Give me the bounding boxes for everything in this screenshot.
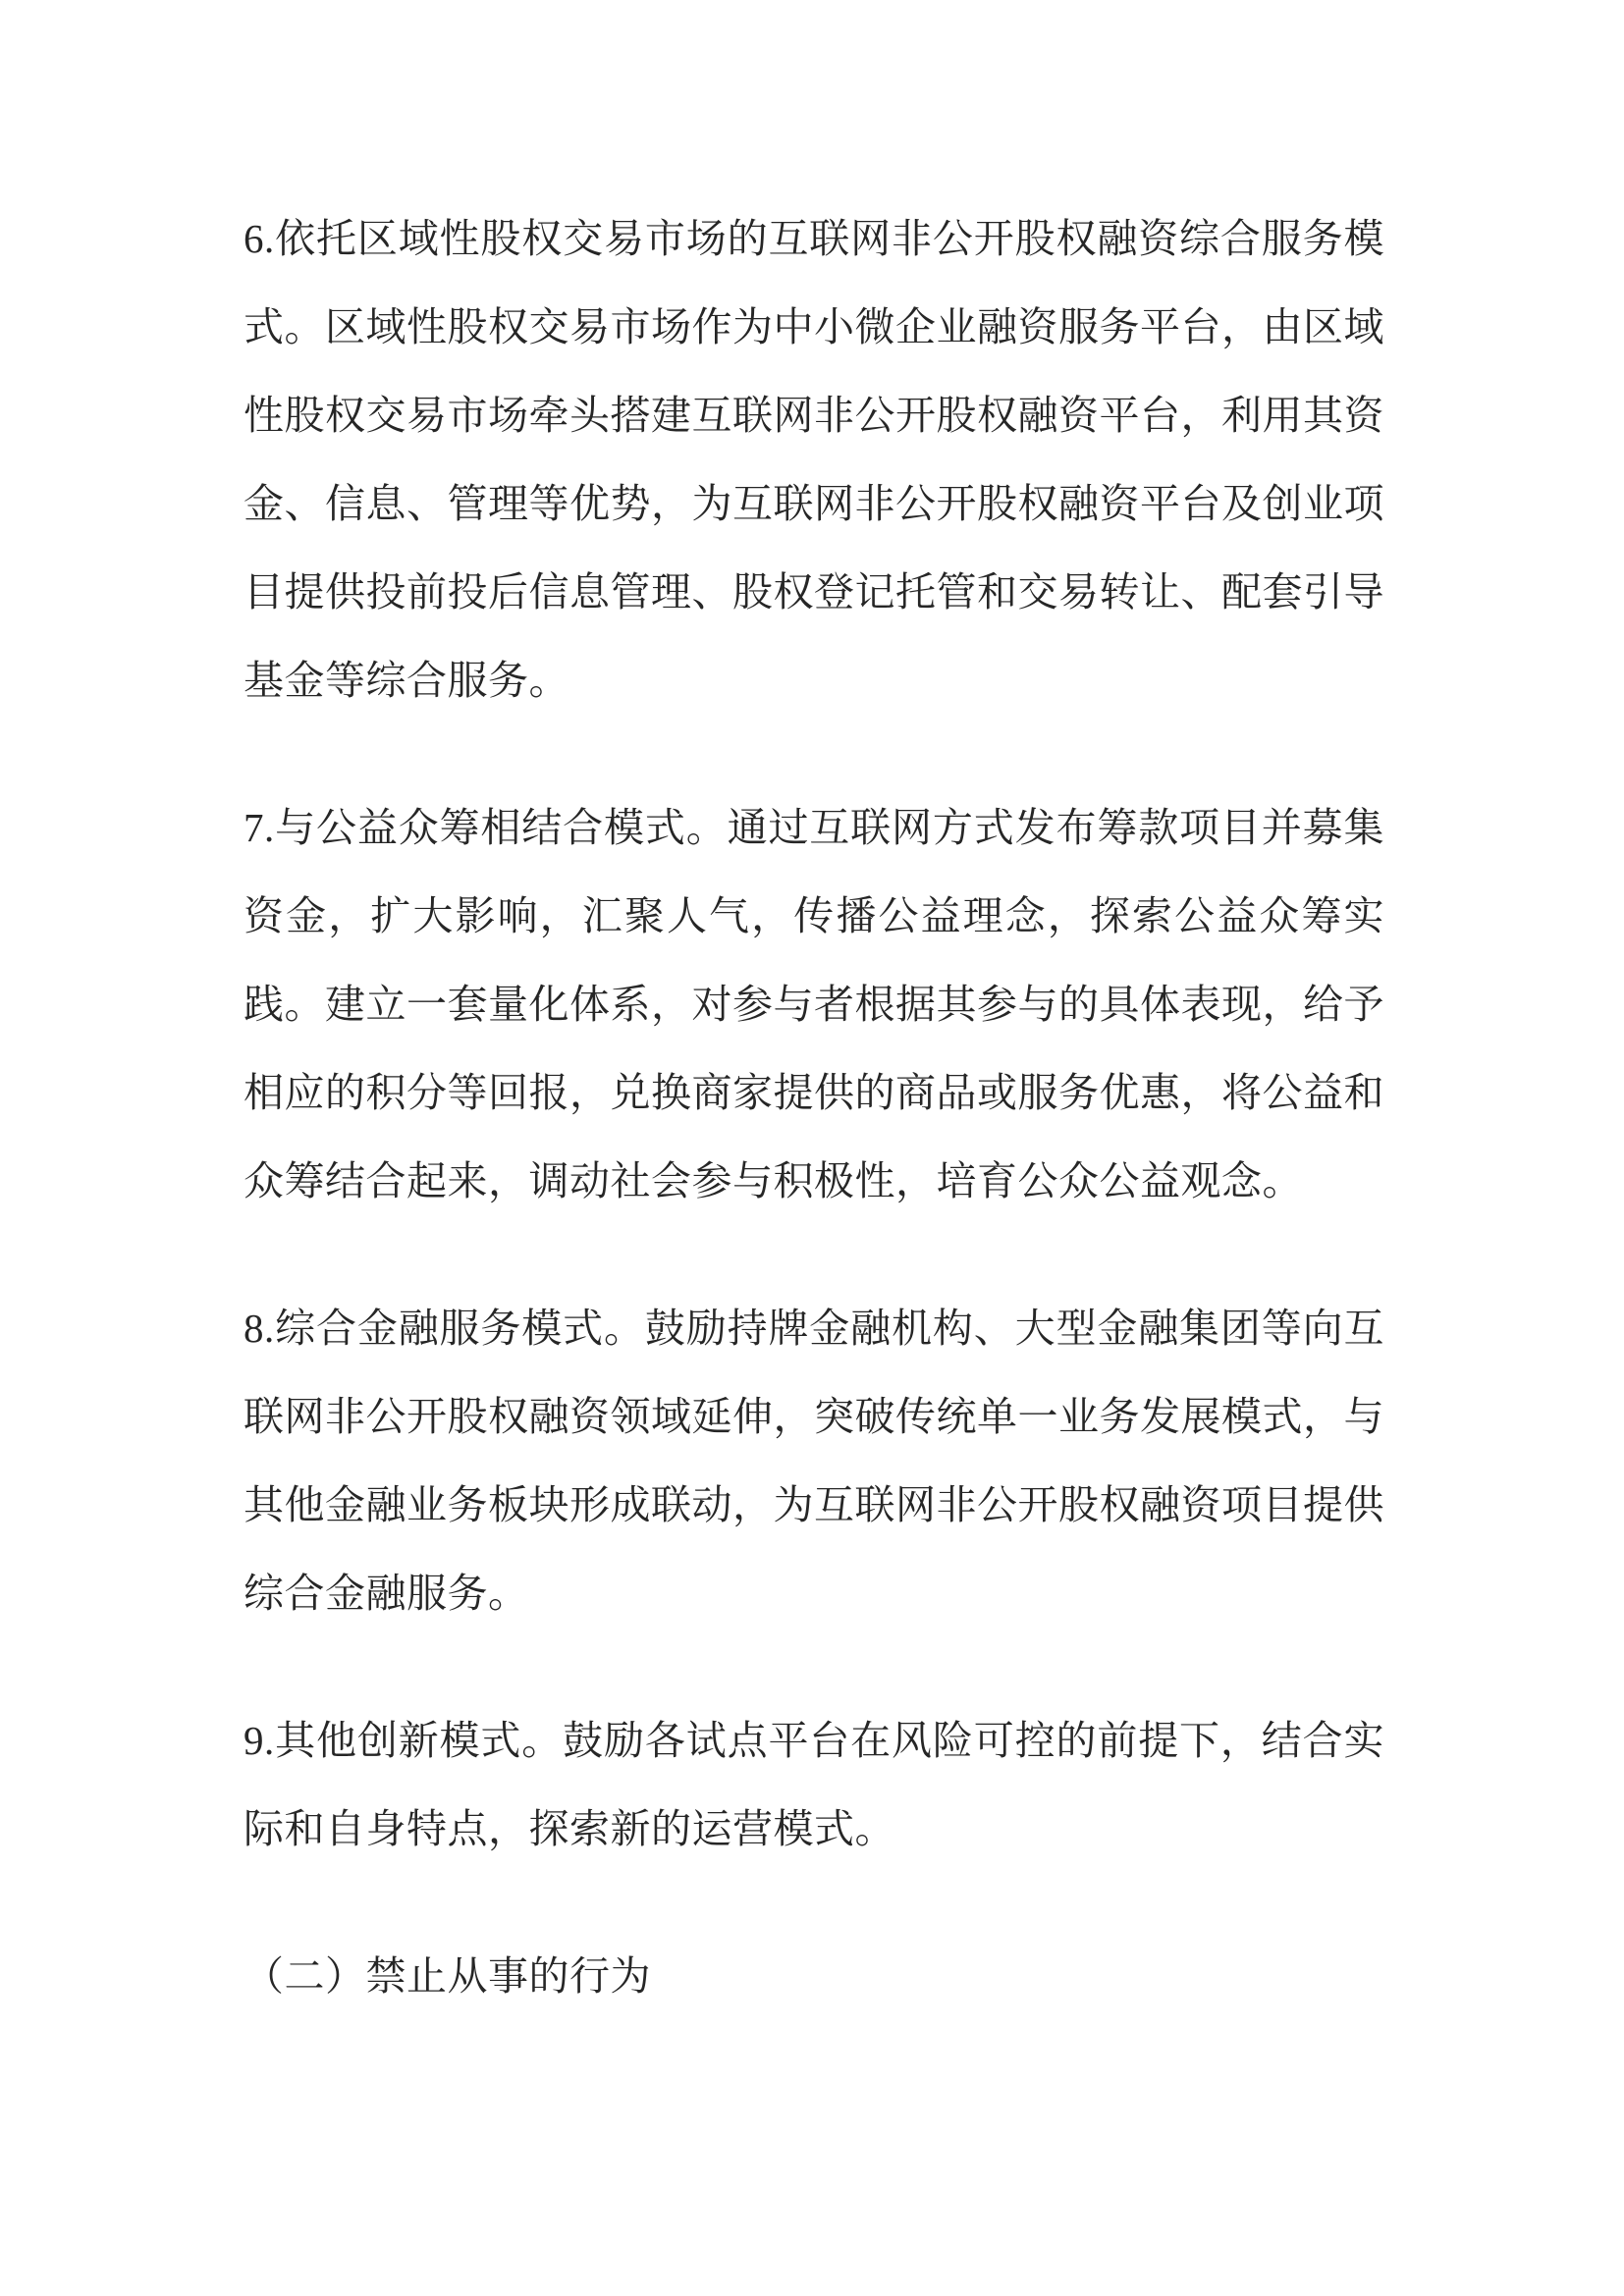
- section-heading-prohibited-conduct: （二）禁止从事的行为: [244, 1932, 1384, 2020]
- document-body: 6.依托区域性股权交易市场的互联网非公开股权融资综合服务模式。区域性股权交易市场…: [244, 194, 1384, 2020]
- document-page: 6.依托区域性股权交易市场的互联网非公开股权融资综合服务模式。区域性股权交易市场…: [0, 0, 1624, 2296]
- paragraph-item-6: 6.依托区域性股权交易市场的互联网非公开股权融资综合服务模式。区域性股权交易市场…: [244, 194, 1384, 724]
- paragraph-item-7: 7.与公益众筹相结合模式。通过互联网方式发布筹款项目并募集资金，扩大影响，汇聚人…: [244, 783, 1384, 1225]
- paragraph-item-9: 9.其他创新模式。鼓励各试点平台在风险可控的前提下，结合实际和自身特点，探索新的…: [244, 1696, 1384, 1873]
- paragraph-item-8: 8.综合金融服务模式。鼓励持牌金融机构、大型金融集团等向互联网非公开股权融资领域…: [244, 1284, 1384, 1637]
